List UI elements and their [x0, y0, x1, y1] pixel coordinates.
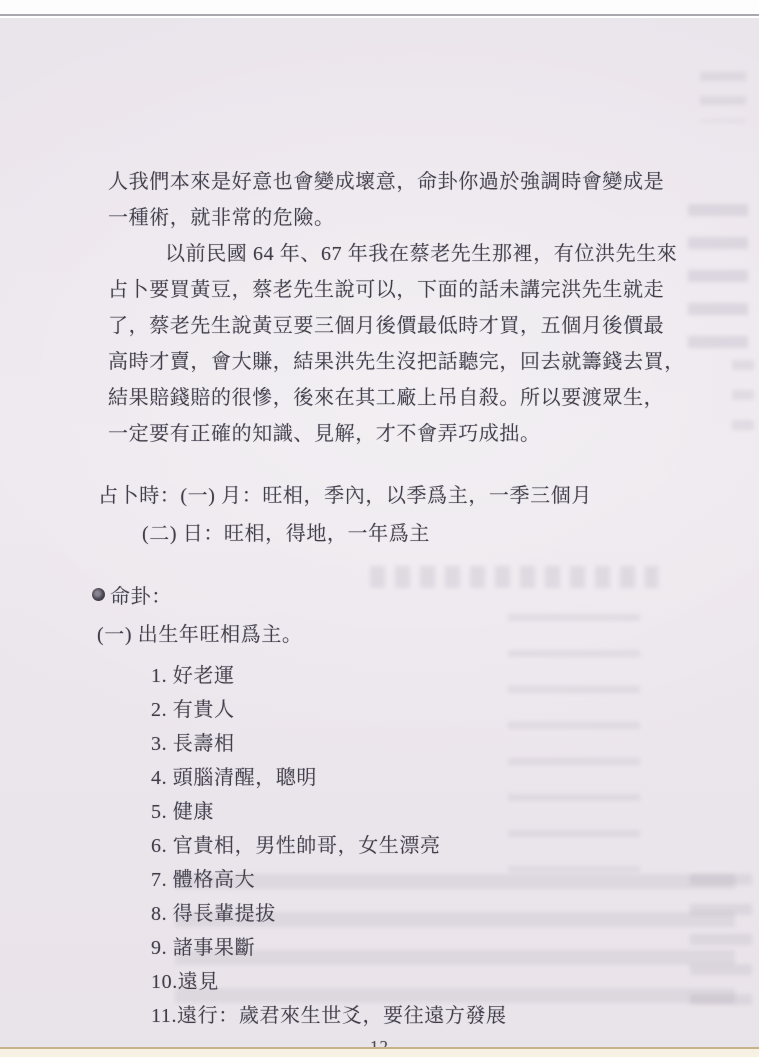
bleedthrough-ghost [688, 204, 748, 354]
scanner-bottom-edge [0, 1047, 759, 1057]
body-paragraphs: 人我們本來是好意也會變成壞意，命卦你過於強調時會變成是一種術，就非常的危險。 以… [108, 164, 685, 452]
list-item: 10.遠見 [151, 965, 507, 999]
list-item: 8. 得長輩提拔 [151, 897, 507, 931]
list-item: 5. 健康 [151, 795, 507, 829]
text-line: 占卜時：(一) 月：旺相，季內，以季爲主，一季三個月 [98, 477, 592, 515]
divination-time-block: 占卜時：(一) 月：旺相，季內，以季爲主，一季三個月(二) 日：旺相，得地，一年… [98, 477, 592, 553]
bleedthrough-ghost [732, 360, 754, 448]
minggua-subheading: (一) 出生年旺相爲主。 [97, 618, 303, 647]
text-line: 一種術，就非常的危險。 [108, 200, 685, 236]
text-line: 以前民國 64 年、67 年我在蔡老先生那裡，有位洪先生來 [108, 236, 685, 272]
section-bullet-icon [92, 588, 105, 601]
bleedthrough-ghost [690, 874, 752, 1024]
text-line: 高時才賣，會大賺，結果洪先生沒把話聽完，回去就籌錢去買， [108, 344, 685, 380]
text-line: (二) 日：旺相，得地，一年爲主 [98, 515, 592, 553]
list-item: 3. 長壽相 [151, 727, 507, 761]
list-item: 6. 官貴相，男性帥哥，女生漂亮 [151, 829, 507, 863]
story-paragraph: 以前民國 64 年、67 年我在蔡老先生那裡，有位洪先生來占卜要買黃豆，蔡老先生… [108, 236, 685, 452]
list-item: 11.遠行：歲君來生世爻，要往遠方發展 [151, 999, 507, 1033]
list-item: 7. 體格高大 [151, 863, 507, 897]
text-line: 了，蔡老先生說黃豆要三個月後價最低時才買，五個月後價最 [108, 308, 685, 344]
minggua-heading: 命卦： [92, 579, 172, 609]
minggua-list: 1. 好老運2. 有貴人3. 長壽相4. 頭腦清醒，聰明5. 健康6. 官貴相，… [151, 659, 507, 1033]
intro-paragraph: 人我們本來是好意也會變成壞意，命卦你過於強調時會變成是一種術，就非常的危險。 [108, 164, 685, 236]
bleedthrough-ghost [508, 614, 640, 872]
list-item: 9. 諸事果斷 [151, 931, 507, 965]
list-item: 2. 有貴人 [151, 693, 507, 727]
text-line: 占卜要買黃豆，蔡老先生說可以，下面的話未講完洪先生就走 [108, 272, 685, 308]
list-item: 4. 頭腦清醒，聰明 [151, 761, 507, 795]
text-line: 結果賠錢賠的很慘，後來在其工廠上吊自殺。所以要渡眾生， [108, 380, 685, 416]
bleedthrough-ghost [370, 566, 658, 588]
minggua-heading-label: 命卦： [110, 580, 172, 609]
text-line: 一定要有正確的知識、見解，才不會弄巧成拙。 [108, 416, 685, 452]
scanned-page: 人我們本來是好意也會變成壞意，命卦你過於強調時會變成是一種術，就非常的危險。 以… [0, 18, 759, 1047]
text-line: 人我們本來是好意也會變成壞意，命卦你過於強調時會變成是 [108, 164, 685, 200]
bleedthrough-ghost [700, 72, 746, 122]
list-item: 1. 好老運 [151, 659, 507, 693]
scanner-top-edge [0, 0, 759, 16]
